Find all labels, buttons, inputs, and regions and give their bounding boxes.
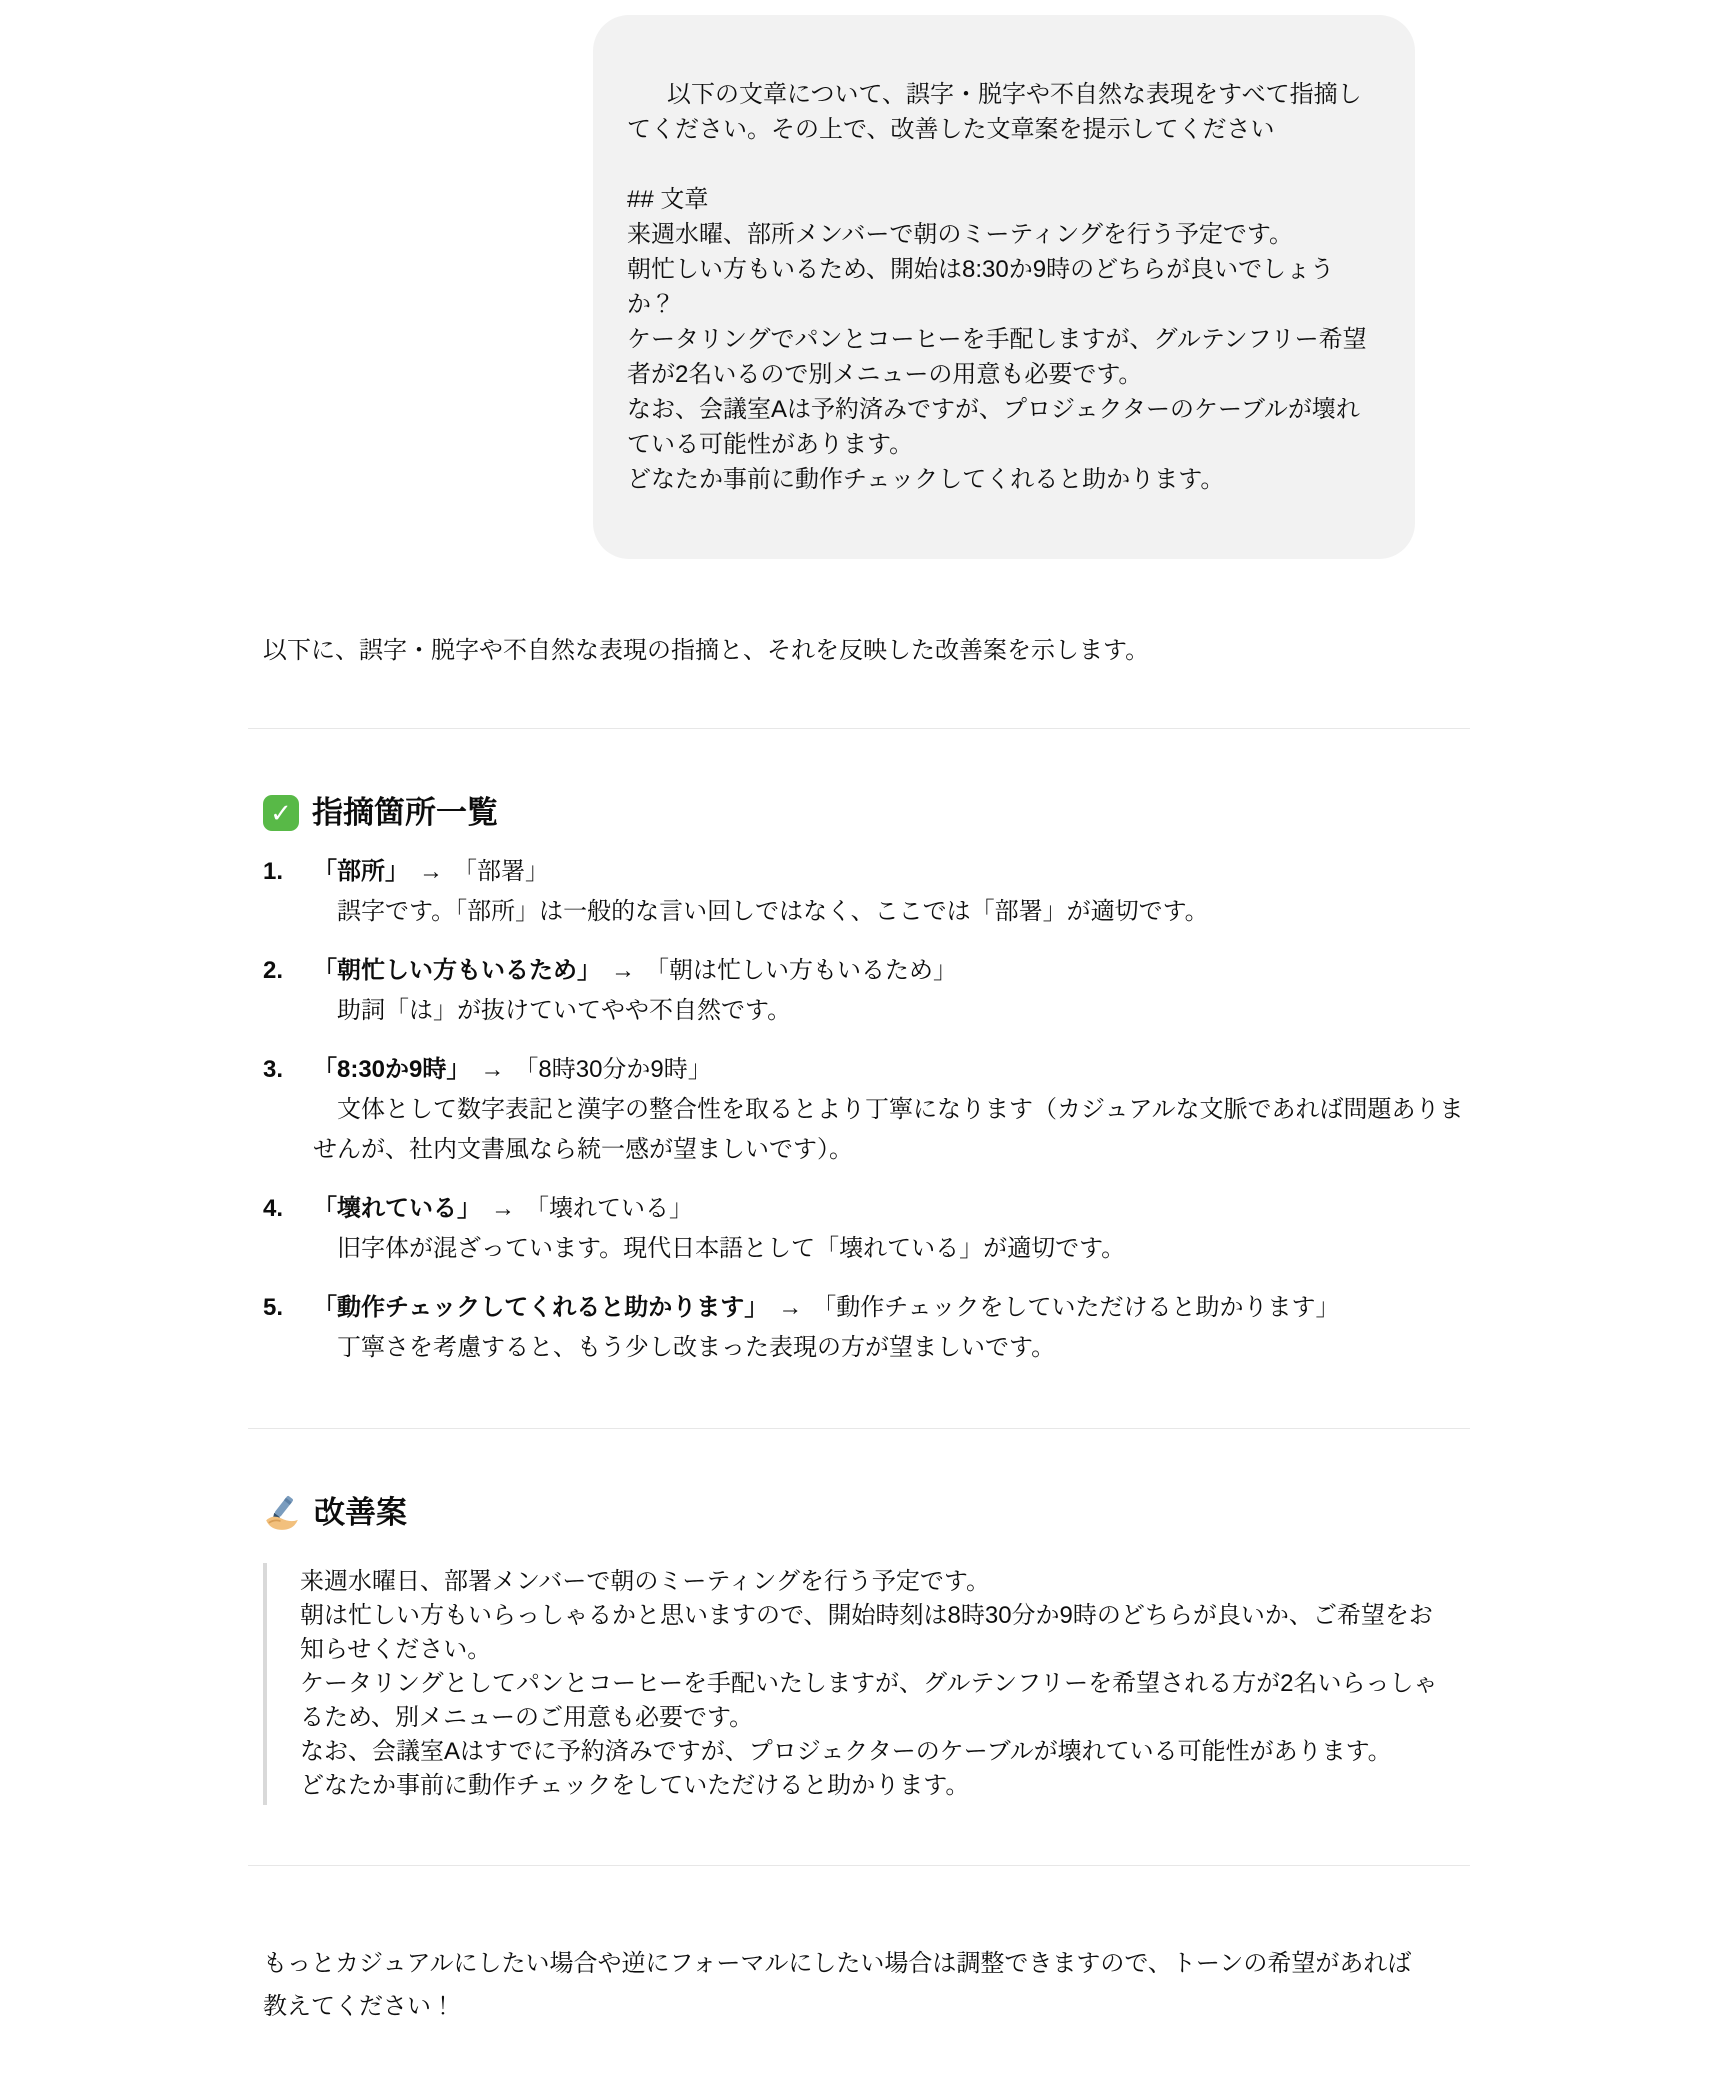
issue-body: 「朝忙しい方もいるため」→「朝は忙しい方もいるため」: [313, 951, 957, 991]
issue-title: 5. 「動作チェックしてくれると助かります」→「動作チェックをしていただけると助…: [263, 1288, 1470, 1328]
issue-gap: [301, 1189, 313, 1229]
arrow-glyph: →: [470, 1056, 514, 1083]
issue-original-text: 「8:30か9時」: [313, 1056, 470, 1083]
section-divider: [248, 728, 1470, 729]
revision-section-heading: 改善案: [263, 1493, 1470, 1533]
issues-list: 1. 「部所」→「部署」 誤字です。「部所」は一般的な言い回しではなく、ここでは…: [248, 852, 1470, 1368]
issue-item: 4. 「壞れている」→「壊れている」 旧字体が混ざっています。現代日本語として「…: [263, 1189, 1470, 1269]
arrow-glyph: →: [601, 957, 645, 984]
chat-thread: 以下の文章について、誤字・脱字や不自然な表現をすべて指摘してください。その上で、…: [248, 0, 1470, 2088]
issue-note: 丁寧さを考慮すると、もう少し改まった表現の方が望ましいです。: [313, 1328, 1470, 1368]
issue-gap: [301, 951, 313, 991]
revision-blockquote: 来週水曜日、部署メンバーで朝のミーティングを行う予定です。 朝は忙しい方もいらっ…: [263, 1563, 1470, 1805]
issue-note: 助詞「は」が抜けていてやや不自然です。: [313, 991, 1470, 1031]
assistant-response: 以下に、誤字・脱字や不自然な表現の指摘と、それを反映した改善案を示します。 ✓ …: [248, 633, 1470, 2028]
issue-number: 2.: [263, 951, 301, 991]
assistant-outro-text: もっとカジュアルにしたい場合や逆にフォーマルにしたい場合は調整できますので、トー…: [263, 1942, 1423, 2028]
issue-suggestion-text: 「部署」: [453, 858, 549, 885]
revision-heading-label: 改善案: [314, 1493, 407, 1533]
issue-number: 4.: [263, 1189, 301, 1229]
check-mark-icon: ✓: [263, 795, 299, 831]
issue-title: 4. 「壞れている」→「壊れている」: [263, 1189, 1470, 1229]
issue-item: 3. 「8:30か9時」→「8時30分か9時」 文体として数字表記と漢字の整合性…: [263, 1050, 1470, 1170]
arrow-glyph: →: [768, 1294, 812, 1321]
user-message-row: 以下の文章について、誤字・脱字や不自然な表現をすべて指摘してください。その上で、…: [248, 15, 1470, 559]
issue-body: 「動作チェックしてくれると助かります」→「動作チェックをしていただけると助かりま…: [313, 1288, 1340, 1328]
issue-gap: [301, 1288, 313, 1328]
issue-number: 5.: [263, 1288, 301, 1328]
issue-suggestion-text: 「朝は忙しい方もいるため」: [645, 957, 957, 984]
issues-heading-label: 指摘箇所一覧: [312, 793, 498, 833]
section-divider: [248, 1865, 1470, 1866]
issue-title: 3. 「8:30か9時」→「8時30分か9時」: [263, 1050, 1470, 1090]
issue-title: 2. 「朝忙しい方もいるため」→「朝は忙しい方もいるため」: [263, 951, 1470, 991]
issue-note: 文体として数字表記と漢字の整合性を取るとより丁寧になります（カジュアルな文脈であ…: [313, 1090, 1470, 1170]
issue-body: 「8:30か9時」→「8時30分か9時」: [313, 1050, 712, 1090]
user-message-bubble: 以下の文章について、誤字・脱字や不自然な表現をすべて指摘してください。その上で、…: [593, 15, 1415, 559]
issue-body: 「壞れている」→「壊れている」: [313, 1189, 693, 1229]
issue-number: 3.: [263, 1050, 301, 1090]
issue-title: 1. 「部所」→「部署」: [263, 852, 1470, 892]
issue-number: 1.: [263, 852, 301, 892]
issue-body: 「部所」→「部署」: [313, 852, 549, 892]
issue-note: 旧字体が混ざっています。現代日本語として「壊れている」が適切です。: [313, 1229, 1470, 1269]
issue-item: 1. 「部所」→「部署」 誤字です。「部所」は一般的な言い回しではなく、ここでは…: [263, 852, 1470, 932]
issue-original-text: 「部所」: [313, 858, 409, 885]
issue-original-text: 「動作チェックしてくれると助かります」: [313, 1294, 768, 1321]
user-message-text: 以下の文章について、誤字・脱字や不自然な表現をすべて指摘してください。その上で、…: [627, 81, 1367, 493]
issue-suggestion-text: 「壊れている」: [525, 1195, 693, 1222]
issue-item: 2. 「朝忙しい方もいるため」→「朝は忙しい方もいるため」 助詞「は」が抜けてい…: [263, 951, 1470, 1031]
issue-original-text: 「壞れている」: [313, 1195, 481, 1222]
issue-item: 5. 「動作チェックしてくれると助かります」→「動作チェックをしていただけると助…: [263, 1288, 1470, 1368]
assistant-intro-text: 以下に、誤字・脱字や不自然な表現の指摘と、それを反映した改善案を示します。: [263, 633, 1470, 668]
issue-gap: [301, 852, 313, 892]
arrow-glyph: →: [409, 858, 453, 885]
issue-suggestion-text: 「動作チェックをしていただけると助かります」: [812, 1294, 1339, 1321]
issue-gap: [301, 1050, 313, 1090]
issue-suggestion-text: 「8時30分か9時」: [514, 1056, 711, 1083]
section-divider: [248, 1428, 1470, 1429]
issue-note: 誤字です。「部所」は一般的な言い回しではなく、ここでは「部署」が適切です。: [313, 892, 1470, 932]
writing-hand-icon: [263, 1494, 301, 1532]
issues-section-heading: ✓ 指摘箇所一覧: [263, 793, 1470, 833]
issue-original-text: 「朝忙しい方もいるため」: [313, 957, 601, 984]
arrow-glyph: →: [481, 1195, 525, 1222]
